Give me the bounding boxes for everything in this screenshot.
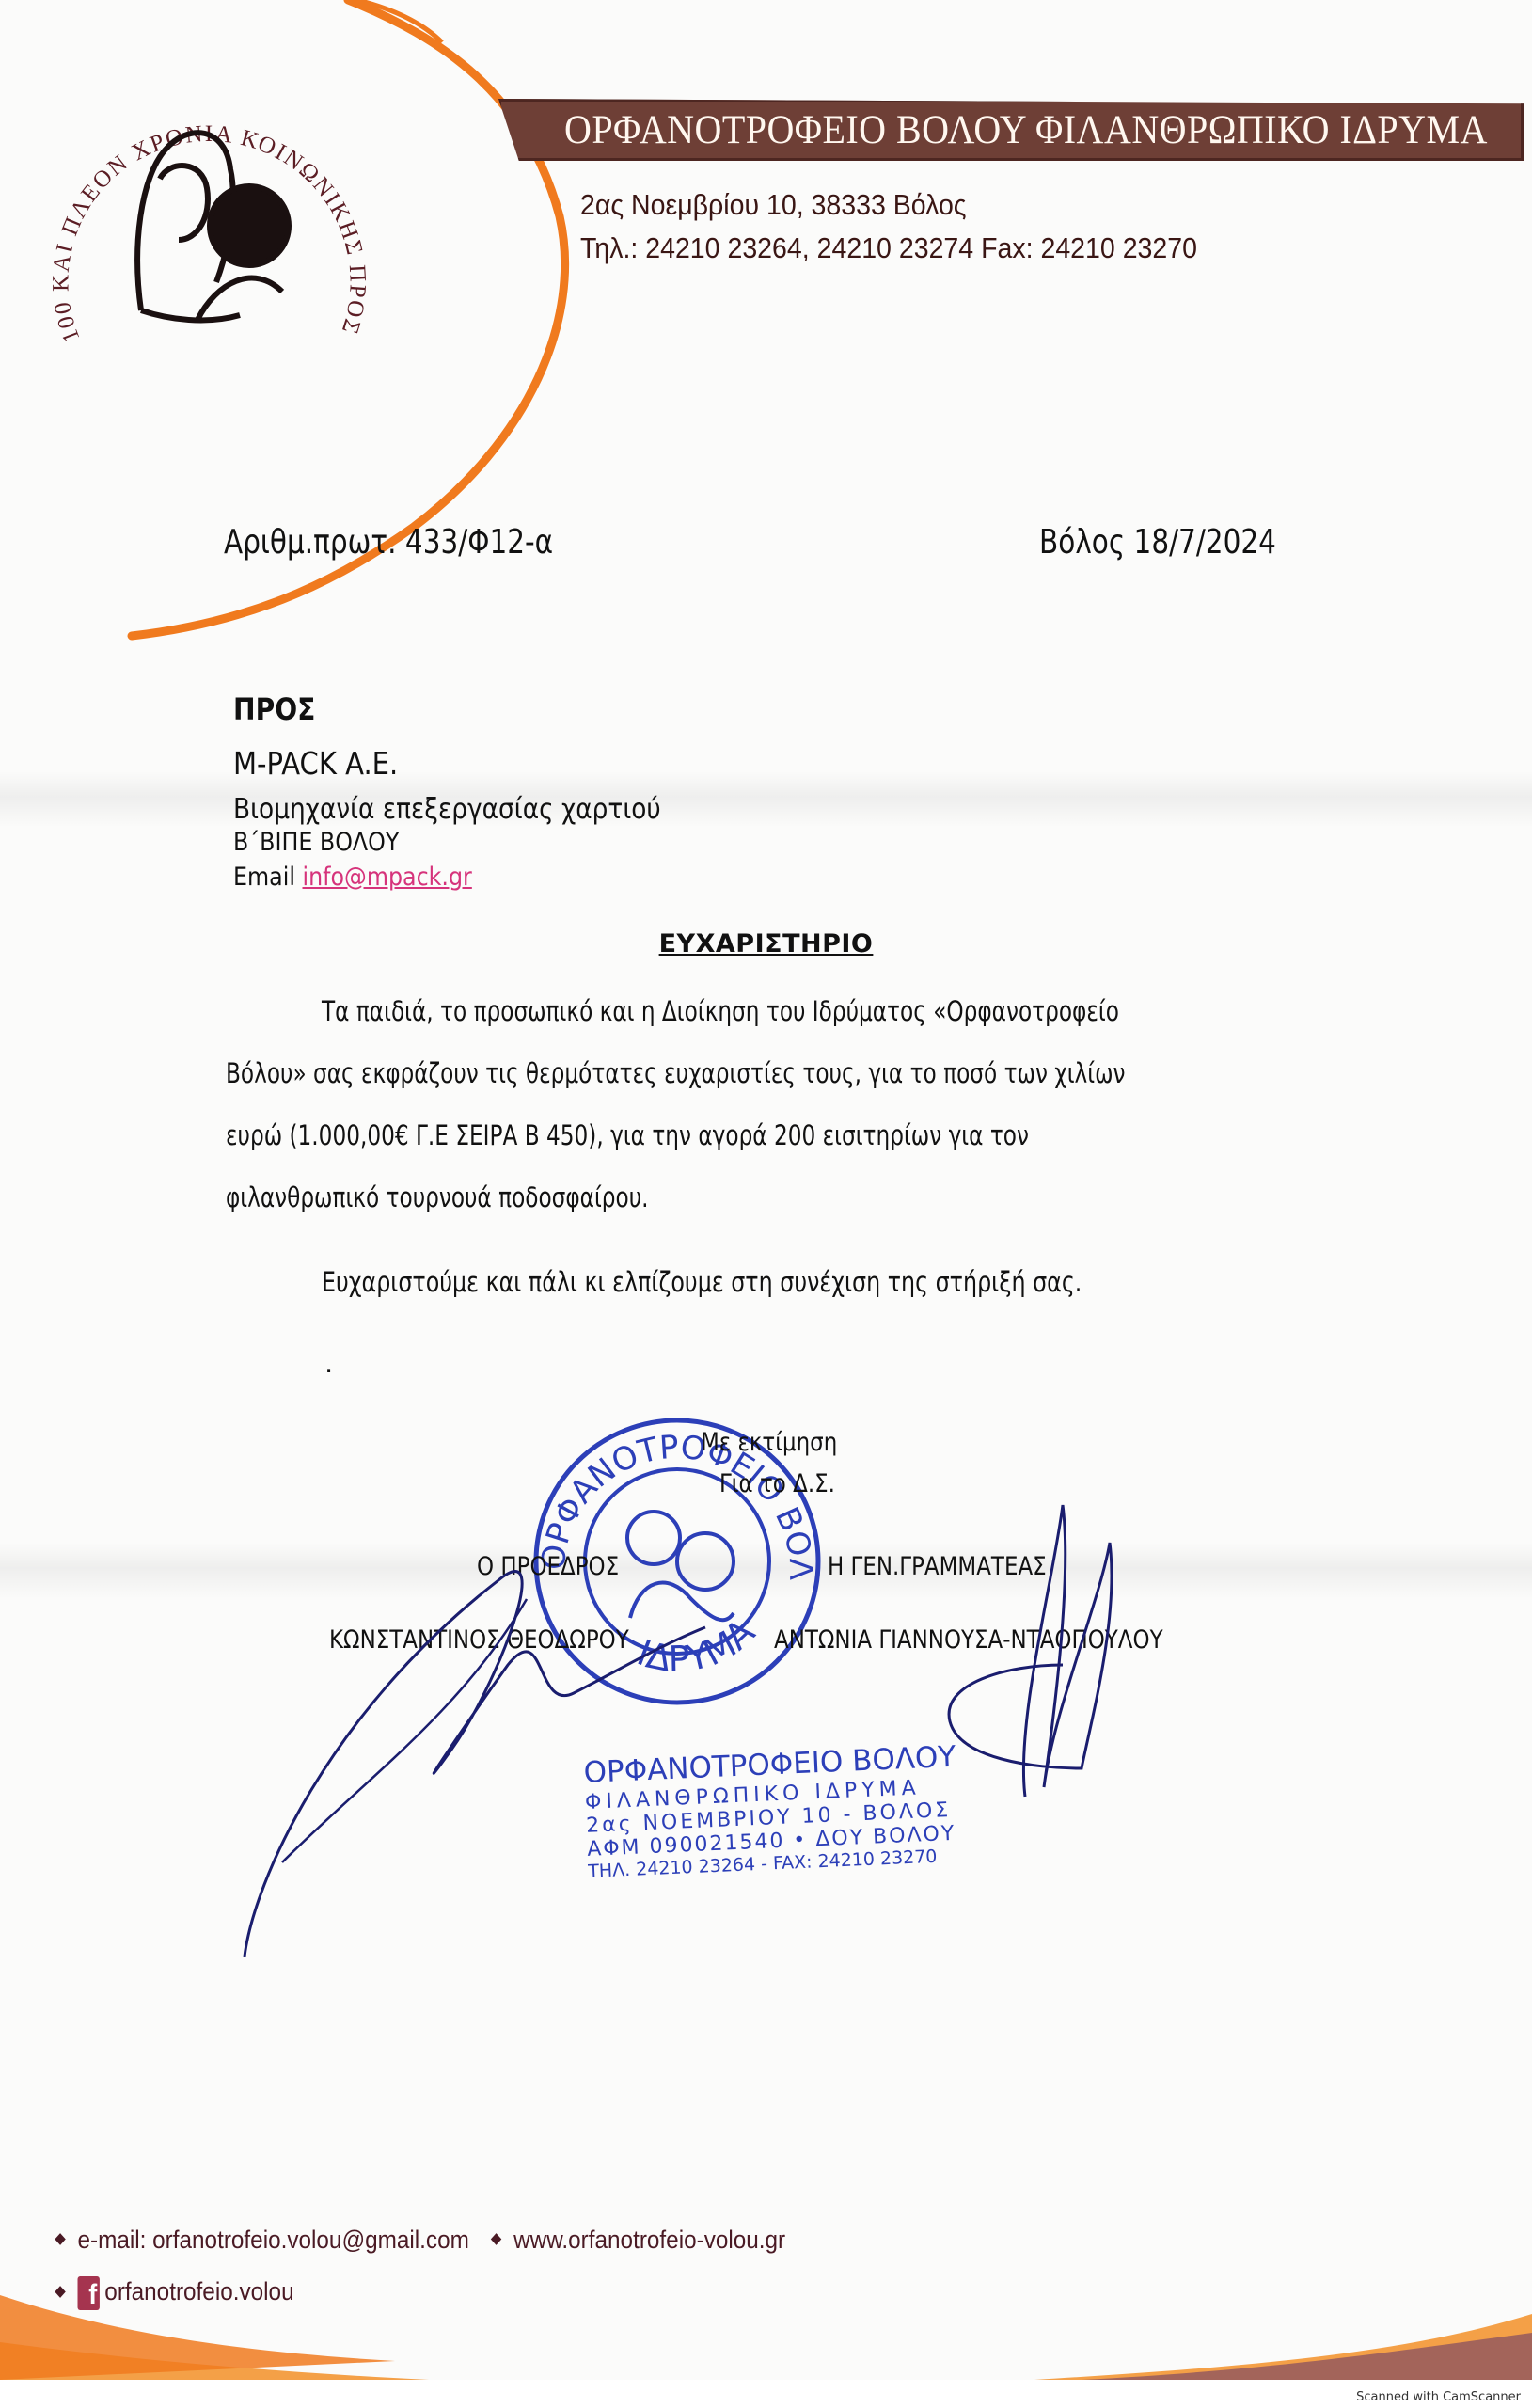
orphanage-logo: 100 ΚΑΙ ΠΛΕΟΝ ΧΡΟΝΙΑ ΚΟΙΝΩΝΙΚΗΣ ΠΡΟΣΦΟΡΑ… — [38, 38, 376, 376]
paragraph-line: φιλανθρωπικό τουρνουά ποδοσφαίρου. — [226, 1181, 649, 1213]
letter-subject: ΕΥΧΑΡΙΣΤΗΡΙΟ — [0, 929, 1532, 958]
footer-website[interactable]: www.orfanotrofeio-volou.gr — [513, 2226, 785, 2254]
footer-wave-decoration — [0, 2295, 1532, 2380]
bullet-icon — [55, 2234, 65, 2246]
recipient-email-row: Email info@mpack.gr — [233, 863, 472, 892]
closing-line: Ευχαριστούμε και πάλι κι ελπίζουμε στη σ… — [322, 1266, 1082, 1298]
recipient-email-link[interactable]: info@mpack.gr — [302, 863, 471, 892]
recipient-location: Β΄ΒΙΠΕ ΒΟΛΟΥ — [233, 828, 399, 857]
recipient-company: M-PACK A.E. — [233, 745, 398, 782]
footer-email[interactable]: e-mail: orfanotrofeio.volou@gmail.com — [78, 2226, 469, 2254]
seal-ring-text: 100 ΚΑΙ ΠΛΕΟΝ ΧΡΟΝΙΑ ΚΟΙΝΩΝΙΚΗΣ ΠΡΟΣΦΟΡΑ… — [38, 38, 371, 346]
recipient-description: Βιομηχανία επεξεργασίας χαρτιού — [233, 793, 661, 826]
paragraph-line: Βόλου» σας εκφράζουν τις θερμότατες ευχα… — [226, 1057, 1126, 1089]
bullet-icon — [491, 2234, 501, 2246]
organization-address: 2ας Νοεμβρίου 10, 38333 Βόλος — [580, 188, 967, 222]
stray-mark: . — [324, 1347, 333, 1379]
scanner-watermark: Scanned with CamScanner — [1356, 2390, 1521, 2404]
paragraph-line: ευρώ (1.000,00€ Γ.Ε ΣΕΙΡΑ Β 450), για τη… — [226, 1119, 1029, 1151]
letter-date: Βόλος 18/7/2024 — [1039, 523, 1276, 562]
secretary-signature — [922, 1486, 1166, 1825]
footer-contacts: e-mail: orfanotrofeio.volou@gmail.com ww… — [56, 2226, 785, 2255]
mother-child-icon — [137, 133, 289, 320]
svg-text:100 ΚΑΙ ΠΛΕΟΝ ΧΡΟΝΙΑ ΚΟΙΝΩΝΙΚΗ: 100 ΚΑΙ ΠΛΕΟΝ ΧΡΟΝΙΑ ΚΟΙΝΩΝΙΚΗΣ ΠΡΟΣΦΟΡΑ… — [38, 38, 371, 346]
organization-name: ΟΡΦΑΝΟΤΡΟΦΕΙΟ ΒΟΛΟΥ ΦΙΛΑΝΘΡΩΠΙΚΟ ΙΔΡΥΜΑ — [564, 102, 1457, 160]
recipient-label: ΠΡΟΣ — [233, 691, 315, 727]
paragraph-line: Τα παιδιά, το προσωπικό και η Διοίκηση τ… — [322, 995, 1119, 1027]
paper-fold — [0, 771, 1532, 828]
organization-phones: Τηλ.: 24210 23264, 24210 23274 Fax: 2421… — [580, 231, 1197, 265]
email-label: Email — [233, 863, 295, 892]
reference-number: Αριθμ.πρωτ. 433/Φ12-α — [224, 523, 553, 562]
rectangular-stamp: ΟΡΦΑΝΟΤΡΟΦΕΙΟ ΒΟΛΟΥ ΦΙΛΑΝΘΡΩΠΙΚΟ ΙΔΡΥΜΑ … — [583, 1741, 960, 1883]
president-signature — [216, 1467, 743, 1975]
regards-text: Με εκτίμηση — [701, 1428, 837, 1457]
letter-page: 100 ΚΑΙ ΠΛΕΟΝ ΧΡΟΝΙΑ ΚΟΙΝΩΝΙΚΗΣ ΠΡΟΣΦΟΡΑ… — [0, 0, 1532, 2380]
